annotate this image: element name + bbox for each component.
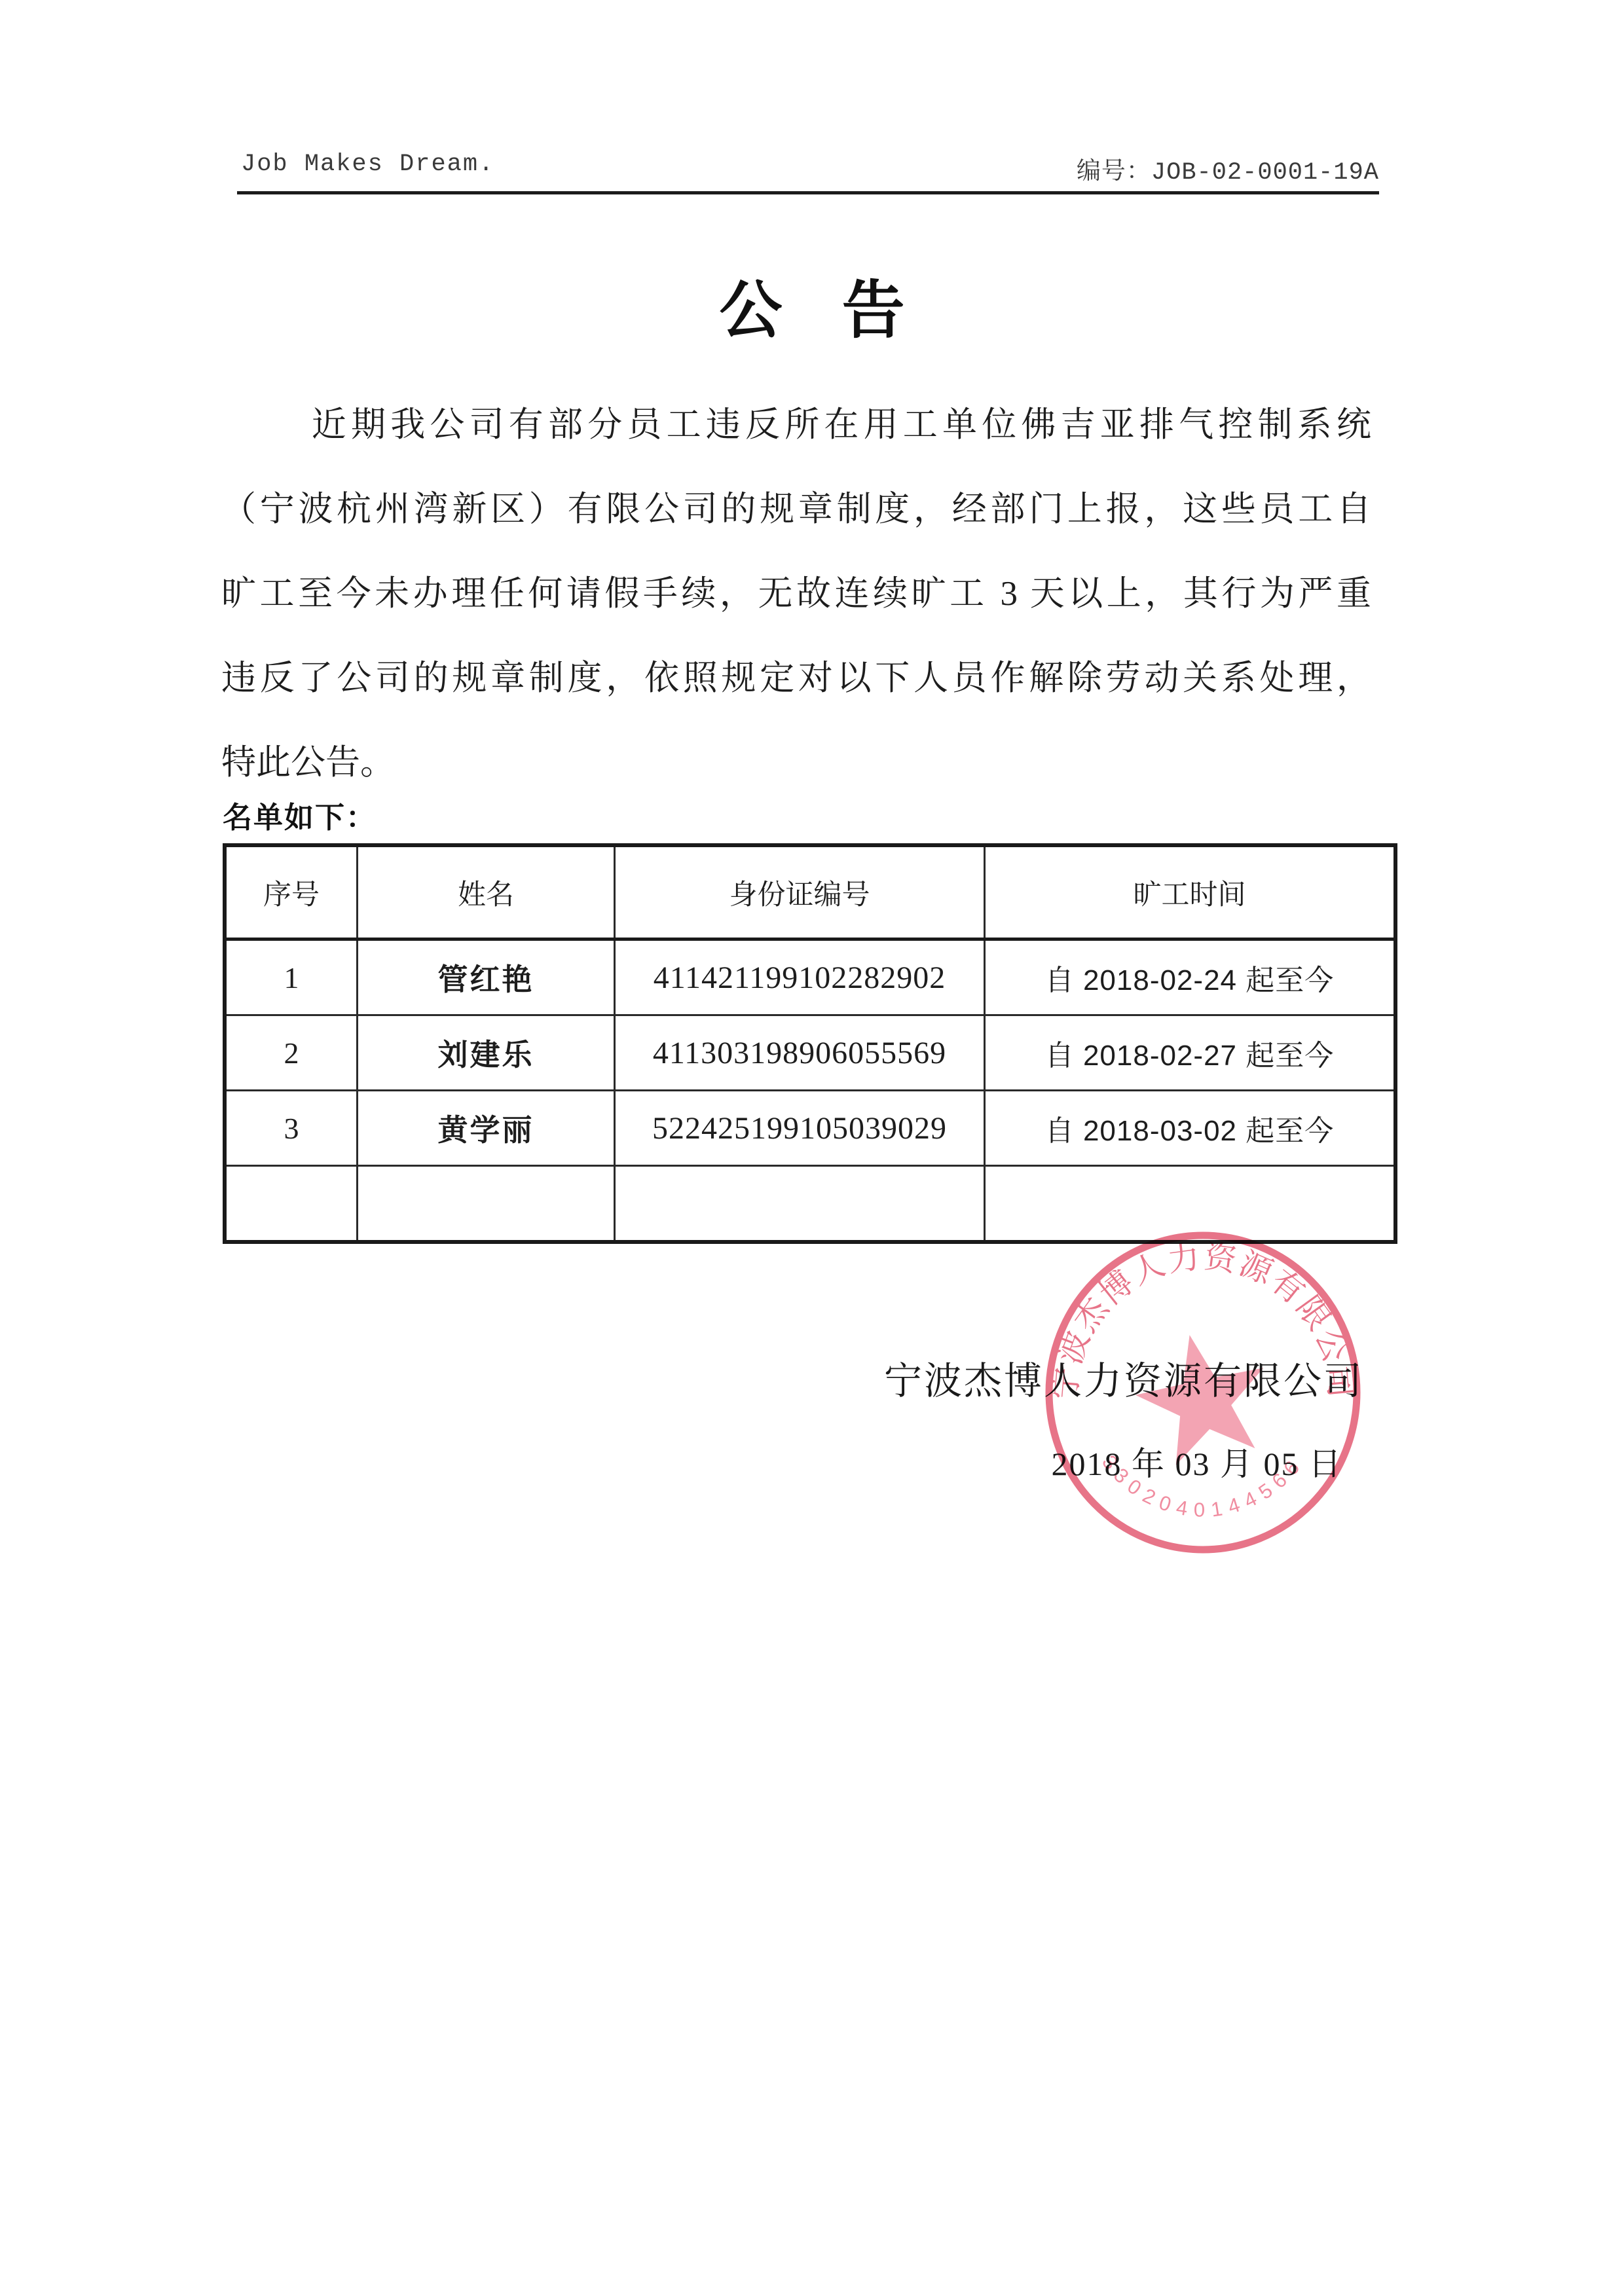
table-row: 3 黄学丽 522425199105039029 自 2018-03-02 起至… [225,1091,1395,1166]
cell-id [615,1166,985,1243]
roster-label: 名单如下： [223,793,377,836]
cell-period: 自 2018-02-24 起至今 [985,939,1396,1015]
cell-name: 刘建乐 [358,1015,615,1091]
col-header-name: 姓名 [358,845,615,939]
cell-index: 1 [225,939,358,1015]
body-line: 旷工至今未办理任何请假手续，无故连续旷工 3 天以上，其行为严重 [221,552,1371,636]
cell-name [358,1166,615,1243]
header-doc-number: 编号：JOB-02-0001-19A [1077,151,1379,187]
table-header-row: 序号 姓名 身份证编号 旷工时间 [225,845,1395,939]
body-line: 近期我公司有部分员工违反所在用工单位佛吉亚排气控制系统 [221,383,1371,467]
page-title: 公 告 [0,261,1624,350]
announcement-page: Job Makes Dream. 编号：JOB-02-0001-19A 公 告 … [0,0,1624,2296]
header-rule [237,191,1379,194]
cell-name: 黄学丽 [358,1091,615,1166]
cell-index: 3 [225,1091,358,1166]
body-line: 违反了公司的规章制度，依照规定对以下人员作解除劳动关系处理， [221,636,1371,721]
absentee-table: 序号 姓名 身份证编号 旷工时间 1 管红艳 41142119910228290… [223,843,1397,1244]
announcement-body: 近期我公司有部分员工违反所在用工单位佛吉亚排气控制系统 （宁波杭州湾新区）有限公… [221,383,1371,805]
cell-id: 411303198906055569 [615,1015,985,1091]
seal-star-icon [1126,1321,1280,1470]
cell-id: 522425199105039029 [615,1091,985,1166]
col-header-period: 旷工时间 [985,845,1396,939]
body-line: （宁波杭州湾新区）有限公司的规章制度，经部门上报，这些员工自 [221,467,1371,552]
cell-id: 411421199102282902 [615,939,985,1015]
cell-index: 2 [225,1015,358,1091]
col-header-index: 序号 [225,845,358,939]
col-header-id: 身份证编号 [615,845,985,939]
table-row: 1 管红艳 411421199102282902 自 2018-02-24 起至… [225,939,1395,1015]
seal-number: 3302040144566 [1098,1451,1308,1522]
header-slogan: Job Makes Dream. [241,151,494,178]
company-seal: 宁波杰博人力资源有限公司 3302040144566 [1044,1231,1362,1554]
cell-index [225,1166,358,1243]
table-row: 2 刘建乐 411303198906055569 自 2018-02-27 起至… [225,1015,1395,1091]
cell-period: 自 2018-02-27 起至今 [985,1015,1396,1091]
body-line: 特此公告。 [221,721,1371,805]
cell-period: 自 2018-03-02 起至今 [985,1091,1396,1166]
cell-name: 管红艳 [358,939,615,1015]
